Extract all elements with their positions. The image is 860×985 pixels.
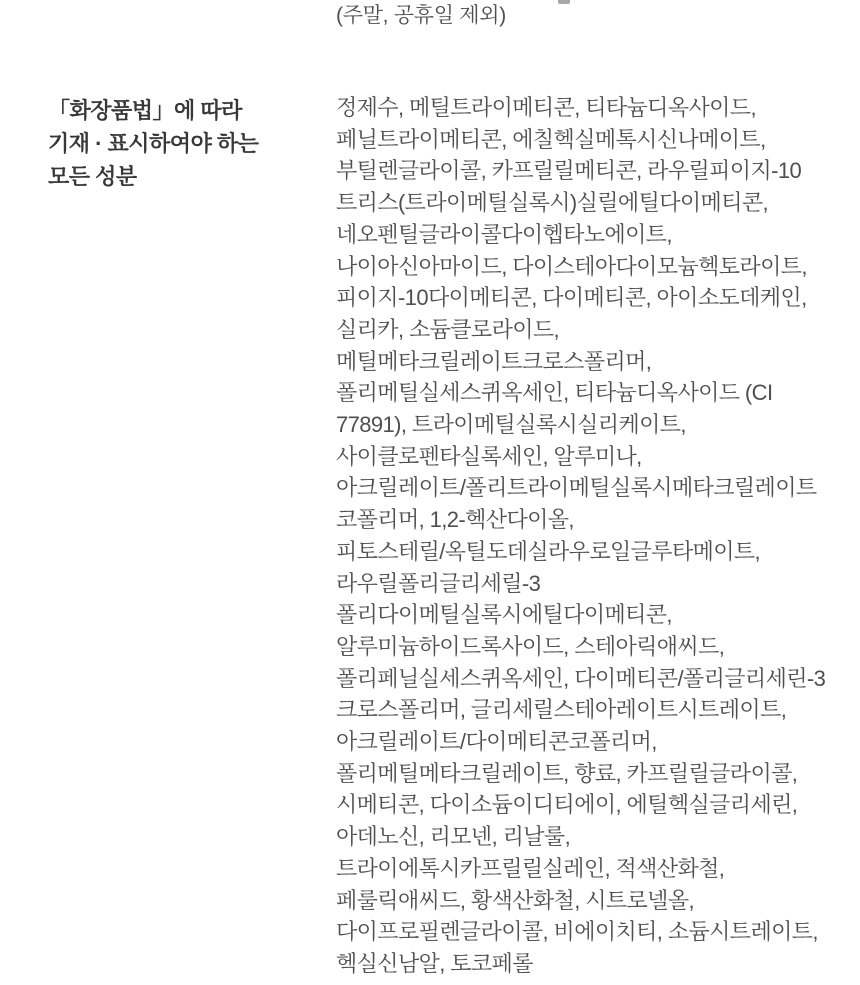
- ingredient-line: 부틸렌글라이콜, 카프릴릴메티콘, 라우릴피이지-10: [336, 155, 856, 187]
- label-line: 「화장품법」에 따라: [48, 94, 328, 127]
- ingredient-line: 폴리페닐실세스퀴옥세인, 다이메티콘/폴리글리세린-3: [336, 663, 856, 695]
- ingredients-list: 정제수, 메틸트라이메티콘, 티타늄디옥사이드, 페닐트라이메티콘, 에칠헥실메…: [336, 92, 856, 980]
- ingredient-line: 시메티콘, 다이소듐이디티에이, 에틸헥실글리세린,: [336, 789, 856, 821]
- ingredient-line: 피이지-10다이메티콘, 다이메티콘, 아이소도데케인,: [336, 282, 856, 314]
- label-line: 기재 · 표시하여야 하는: [48, 127, 328, 160]
- ingredients-disclosure-label: 「화장품법」에 따라 기재 · 표시하여야 하는 모든 성분: [48, 94, 328, 193]
- ingredient-line: 크로스폴리머, 글리세릴스테아레이트시트레이트,: [336, 694, 856, 726]
- ingredient-line: 아크릴레이트/폴리트라이메틸실록시메타크릴레이트: [336, 472, 856, 504]
- ingredient-line: 네오펜틸글라이콜다이헵타노에이트,: [336, 219, 856, 251]
- ingredient-line: 실리카, 소듐클로라이드,: [336, 314, 856, 346]
- ingredient-line: 헥실신남알, 토코페롤: [336, 948, 856, 980]
- ingredient-line: 트리스(트라이메틸실록시)실릴에틸다이메티콘,: [336, 187, 856, 219]
- ingredient-line: 페룰릭애씨드, 황색산화철, 시트로넬올,: [336, 885, 856, 917]
- ingredient-line: 아데노신, 리모넨, 리날룰,: [336, 821, 856, 853]
- ingredient-line: 트라이에톡시카프릴릴실레인, 적색산화철,: [336, 853, 856, 885]
- ingredient-line: 77891), 트라이메틸실록시실리케이트,: [336, 409, 856, 441]
- ingredient-line: 폴리다이메틸실록시에틸다이메티콘,: [336, 599, 856, 631]
- weekend-holiday-note: (주말, 공휴일 제외): [336, 2, 506, 30]
- ingredient-line: 사이클로펜타실록세인, 알루미나,: [336, 441, 856, 473]
- cropped-text-artifact: [558, 0, 570, 4]
- ingredient-line: 나이아신아마이드, 다이스테아다이모늄헥토라이트,: [336, 251, 856, 283]
- ingredient-line: 폴리메틸실세스퀴옥세인, 티타늄디옥사이드 (CI: [336, 377, 856, 409]
- ingredient-line: 피토스테릴/옥틸도데실라우로일글루타메이트,: [336, 536, 856, 568]
- ingredient-line: 정제수, 메틸트라이메티콘, 티타늄디옥사이드,: [336, 92, 856, 124]
- ingredient-line: 메틸메타크릴레이트크로스폴리머,: [336, 346, 856, 378]
- ingredient-line: 알루미늄하이드록사이드, 스테아릭애씨드,: [336, 631, 856, 663]
- ingredient-line: 폴리메틸메타크릴레이트, 향료, 카프릴릴글라이콜,: [336, 758, 856, 790]
- ingredient-line: 페닐트라이메티콘, 에칠헥실메톡시신나메이트,: [336, 124, 856, 156]
- ingredient-line: 코폴리머, 1,2-헥산다이올,: [336, 504, 856, 536]
- label-line: 모든 성분: [48, 160, 328, 193]
- ingredient-line: 아크릴레이트/다이메티콘코폴리머,: [336, 726, 856, 758]
- ingredient-line: 다이프로필렌글라이콜, 비에이치티, 소듐시트레이트,: [336, 916, 856, 948]
- product-info-section: (주말, 공휴일 제외) 「화장품법」에 따라 기재 · 표시하여야 하는 모든…: [0, 0, 860, 985]
- ingredient-line: 라우릴폴리글리세릴-3: [336, 568, 856, 600]
